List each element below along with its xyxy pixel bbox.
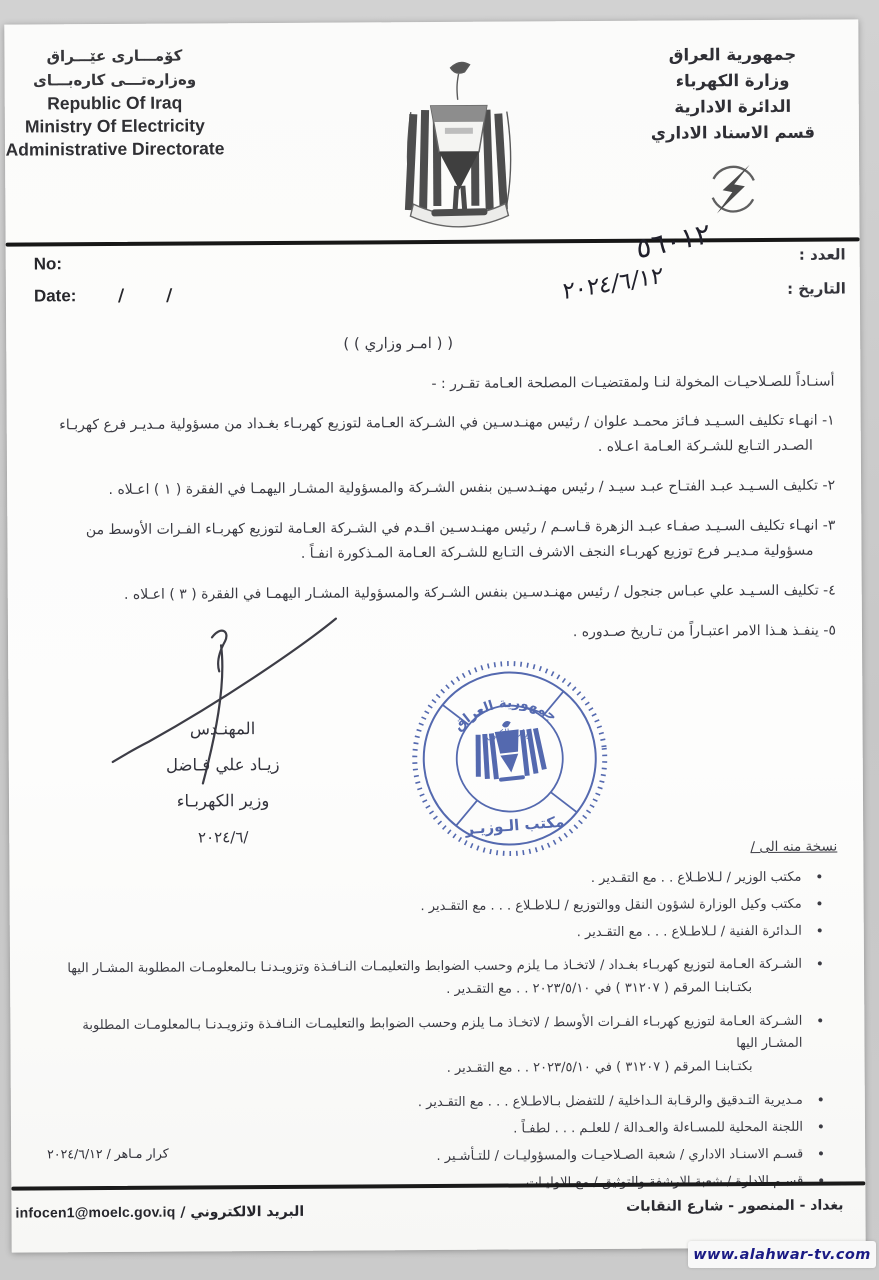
electricity-bolt-icon: [611, 157, 855, 228]
distribution-item-5: الشـركة العـامة لتوزيع كهربـاء الفـرات ا…: [46, 1011, 838, 1084]
date-slashes: / /: [118, 285, 190, 305]
distribution-item-4-line2: بكتـابنـا المرقم ( ٣١٢٠٧ ) في ٢٠٢٣/٥/١٠ …: [46, 976, 802, 1005]
distribution-item-6: مـديرية التـدقيق والرقـابة الـداخلية / ل…: [47, 1090, 839, 1117]
header-english-line3: Administrative Directorate: [4, 137, 265, 162]
header-arabic-line4: قسم الاسناد الاداري: [611, 119, 855, 146]
header-kurdish-line1: كۆمـــارى عێـــراق: [4, 43, 264, 69]
body-intro: أسنـاداً للصـلاحيـات المخولة لنـا ولمقتض…: [56, 370, 834, 400]
stamp-eagle-icon: [470, 717, 548, 784]
iraq-eagle-emblem-icon: [372, 55, 545, 228]
document-date-label: التاريخ :: [787, 279, 846, 297]
handwritten-document-date: ٢٠٢٤/٦/١٢: [562, 262, 663, 305]
distribution-item-7: اللجنة المحلية للمسـاءلة والعـدالة / للع…: [47, 1117, 839, 1144]
no-label: No:: [34, 254, 62, 274]
signatory-role: وزير الكهربـاء: [113, 783, 333, 820]
minister-office-round-stamp: جمهورية العراق وزارة الكهرباء مكتب الـوز…: [406, 657, 613, 860]
distribution-item-4: الشـركة العـامة لتوزيع كهربـاء بغـداد / …: [46, 954, 838, 1005]
document-page: كۆمـــارى عێـــراق وەزارەتـــى كارەبـــا…: [4, 19, 865, 1252]
distribution-item-5-line2: بكتـابنـا المرقم ( ٣١٢٠٧ ) في ٢٠٢٣/٥/١٠ …: [47, 1055, 803, 1084]
body-item-4: ٤- تكليف السـيـد علي عبـاس جنجول / رئيس …: [58, 579, 836, 609]
body-item-2: ٢- تكليف السـيـد عبـد الفتـاح عبـد سيـد …: [57, 474, 835, 504]
header-arabic-line3: الدائرة الادارية: [611, 93, 855, 120]
document-number-label: العدد :: [799, 245, 846, 263]
header-english-line1: Republic Of Iraq: [4, 91, 265, 116]
header-kurdish-line2: وەزارەتـــى كارەبـــاى: [4, 67, 264, 93]
signature-block: المهنـدس زيـاد علي فـاضل وزير الكهربـاء …: [112, 711, 333, 856]
scanned-letter-screenshot: { "header": { "left": { "kurdish_line1":…: [0, 0, 879, 1280]
distribution-heading: نسخة منه الى /: [45, 836, 837, 863]
body-item-3: ٣- انهـاء تكليف السـيـد صفـاء عبـد الزهر…: [57, 514, 835, 569]
header-right-block: جمهورية العراق وزارة الكهرباء الدائرة ال…: [610, 41, 855, 228]
subject-line: ( ( امـر وزاري ) ): [6, 332, 790, 355]
header-left-block: كۆمـــارى عێـــراق وەزارەتـــى كارەبـــا…: [4, 43, 265, 162]
header-english-line2: Ministry Of Electricity: [4, 114, 265, 139]
email-label: البريد الالكتروني /: [180, 1204, 304, 1221]
footer-address: بغداد - المنصور - شارع النقابات: [626, 1198, 843, 1215]
distribution-item-5-line1: الشـركة العـامة لتوزيع كهربـاء الفـرات ا…: [82, 1014, 802, 1051]
email-address: infocen1@moelc.gov.iq: [15, 1204, 175, 1221]
clerk-note: كرار مـاهر / ٢٠٢٤/٦/١٢: [47, 1146, 169, 1162]
header-divider-rule: [6, 237, 860, 246]
header-arabic-line1: جمهورية العراق: [610, 41, 854, 68]
signatory-name: زيـاد علي فـاضل: [113, 747, 333, 784]
date-label: Date:: [34, 286, 77, 306]
distribution-item-3: الـدائرة الفنية / لـلاطـلاع . . . مع الت…: [46, 921, 838, 948]
distribution-item-2: مكتب وكيل الوزارة لشؤون النقل ووالتوزيع …: [46, 894, 838, 921]
distribution-item-4-line1: الشـركة العـامة لتوزيع كهربـاء بغـداد / …: [67, 957, 802, 976]
body-item-1: ١- انهـاء تكليف السـيـد فـائز محمـد علوا…: [57, 409, 835, 464]
footer-email-block: البريد الالكتروني / infocen1@moelc.gov.i…: [15, 1203, 304, 1222]
signatory-title: المهنـدس: [112, 711, 332, 748]
header-arabic-line2: وزارة الكهرباء: [611, 67, 855, 94]
tv-watermark: www.alahwar-tv.com: [688, 1241, 876, 1268]
distribution-item-1: مكتب الوزير / لـلاطـلاع . . مع التقـدير …: [45, 867, 837, 894]
